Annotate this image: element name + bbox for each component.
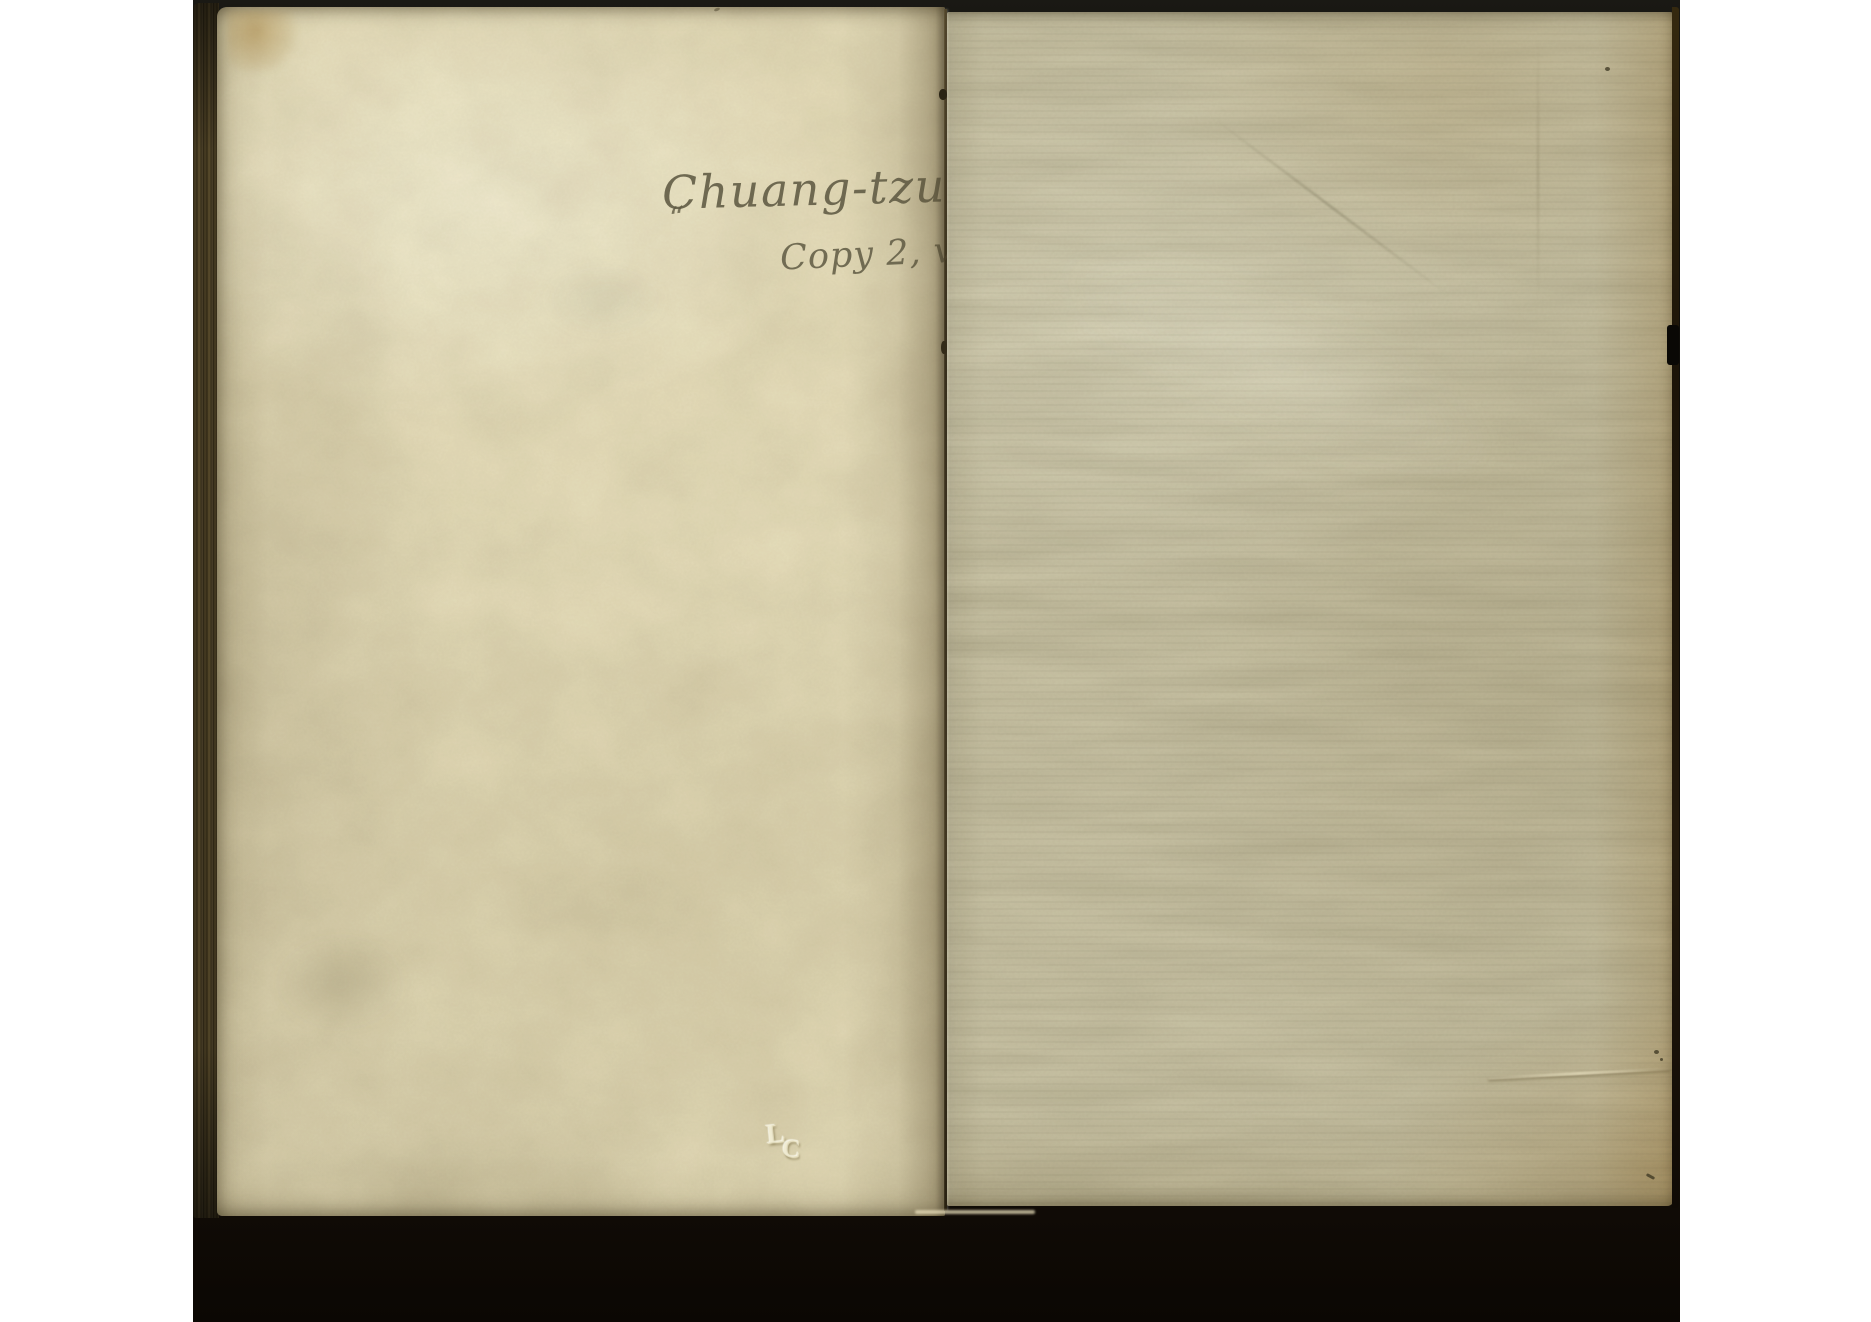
cover-edge-blob	[1667, 325, 1679, 365]
binding-stitch	[941, 341, 947, 354]
stamp-letter-c: C	[781, 1134, 801, 1165]
left-page: Chuang-tzu. “ Copy 2, v.5 L C	[217, 7, 945, 1216]
right-page	[947, 12, 1674, 1206]
page-edge-stack	[193, 3, 219, 1218]
lc-emboss-stamp: L C	[763, 1114, 829, 1180]
worm-speck	[1654, 1050, 1659, 1054]
underlying-page-sliver	[915, 1210, 1035, 1214]
gutter-shadow	[898, 7, 945, 1216]
worm-speck	[1660, 1058, 1663, 1061]
worm-speck	[1605, 67, 1610, 71]
gutter-fold-line	[944, 9, 947, 1211]
cover-edge	[1672, 7, 1679, 1208]
right-page-paper-texture	[947, 12, 1674, 1206]
binding-stitch	[939, 89, 947, 100]
book-scan-canvas: Chuang-tzu. “ Copy 2, v.5 L C	[0, 0, 1871, 1322]
